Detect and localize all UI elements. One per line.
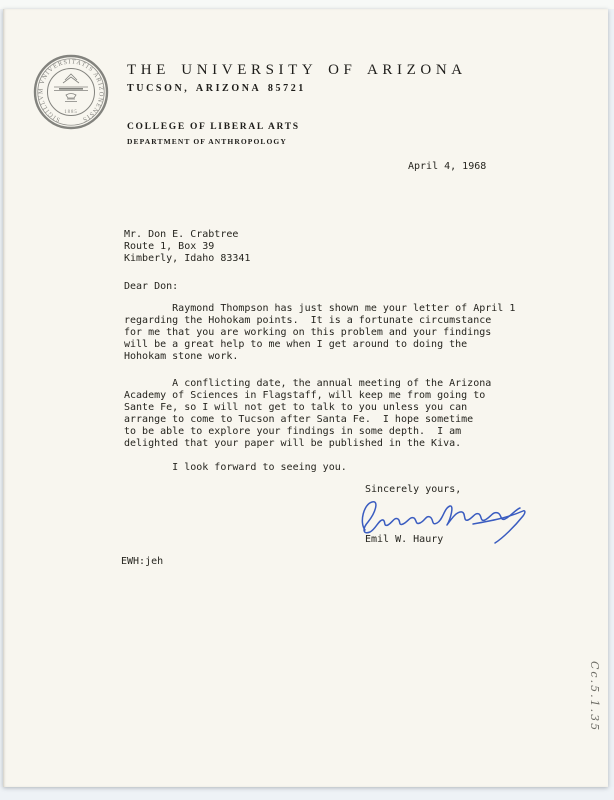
university-seal: SIGILLVM VNIVERSITATIS ARIZONENSIS 1885: [32, 53, 110, 131]
letter-paper: SIGILLVM VNIVERSITATIS ARIZONENSIS 1885 …: [3, 9, 608, 787]
body-paragraph-1: Raymond Thompson has just shown me your …: [124, 303, 515, 363]
typist-initials: EWH:jeh: [121, 556, 163, 568]
letterhead-city-line: TUCSON, ARIZONA 85721: [127, 83, 306, 94]
letterhead-department: DEPARTMENT OF ANTHROPOLOGY: [127, 137, 287, 146]
body-paragraph-2: A conflicting date, the annual meeting o…: [124, 378, 491, 450]
scanner-edge-top: [0, 0, 614, 9]
scanner-edge-bottom: [0, 787, 614, 800]
body-paragraph-3: I look forward to seeing you.: [124, 462, 347, 474]
letterhead-university-name: THE UNIVERSITY OF ARIZONA: [127, 62, 467, 79]
scanned-letter-page: SIGILLVM VNIVERSITATIS ARIZONENSIS 1885 …: [0, 0, 614, 800]
letter-date: April 4, 1968: [408, 161, 486, 173]
letterhead-college: COLLEGE OF LIBERAL ARTS: [127, 122, 300, 132]
salutation: Dear Don:: [124, 281, 178, 293]
seal-year: 1885: [64, 110, 78, 115]
recipient-address: Mr. Don E. Crabtree Route 1, Box 39 Kimb…: [124, 229, 250, 265]
signature-typed-name: Emil W. Haury: [365, 534, 443, 546]
seal-emblem-icon: [54, 74, 88, 102]
archival-number: Cc.5.1.35: [588, 661, 601, 771]
